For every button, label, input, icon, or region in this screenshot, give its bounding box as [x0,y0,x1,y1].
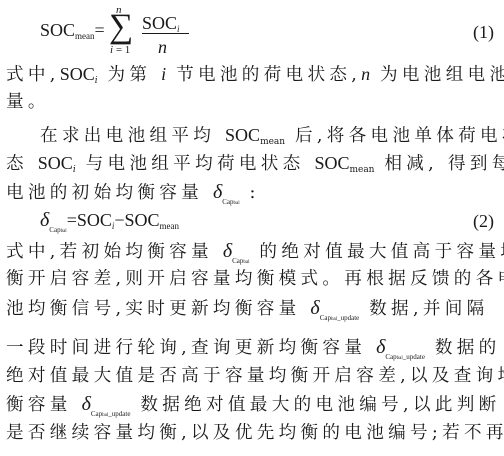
paragraph-2-line-1: 在求出电池组平均 SOCmean 后,将各电池单体荷电状 [40,124,498,153]
equation-2-body: δCapbal=SOCi−SOCmean [40,209,179,234]
paragraph-2-line-2: 态 SOCi 与电池组平均荷电状态 SOCmean 相减, 得到每节 [6,152,498,181]
fraction-denominator: n [158,37,167,58]
paragraph-3-line-5: 绝对值最大值是否高于容量均衡开启容差,以及查询均 [6,365,498,387]
paragraph-3-line-3: 池均衡信号,实时更新均衡容量 δCapbal_update 数据,并间隔 [6,297,498,331]
equation-number-2: (2) [473,211,494,232]
fraction-numerator: SOCi [142,13,180,34]
paragraph-3-line-2: 衡开启容差,则开启容量均衡模式。再根据反馈的各电 [6,268,498,290]
summation-symbol: ∑ [109,10,133,44]
paragraph-1-line-2: 量。 [6,91,498,113]
paragraph-1-line-1: 式中,SOCi 为第 i 节电池的荷电状态,n 为电池组电池数 [6,63,498,92]
fraction-bar [142,33,189,34]
paragraph-3-line-7: 是否继续容量均衡,以及优先均衡的电池编号;若不再 [6,422,498,444]
sum-lower-limit: i = 1 [110,44,130,56]
equation-number-1: (1) [473,22,494,43]
equation-1-lhs: SOCmean= [40,20,105,41]
